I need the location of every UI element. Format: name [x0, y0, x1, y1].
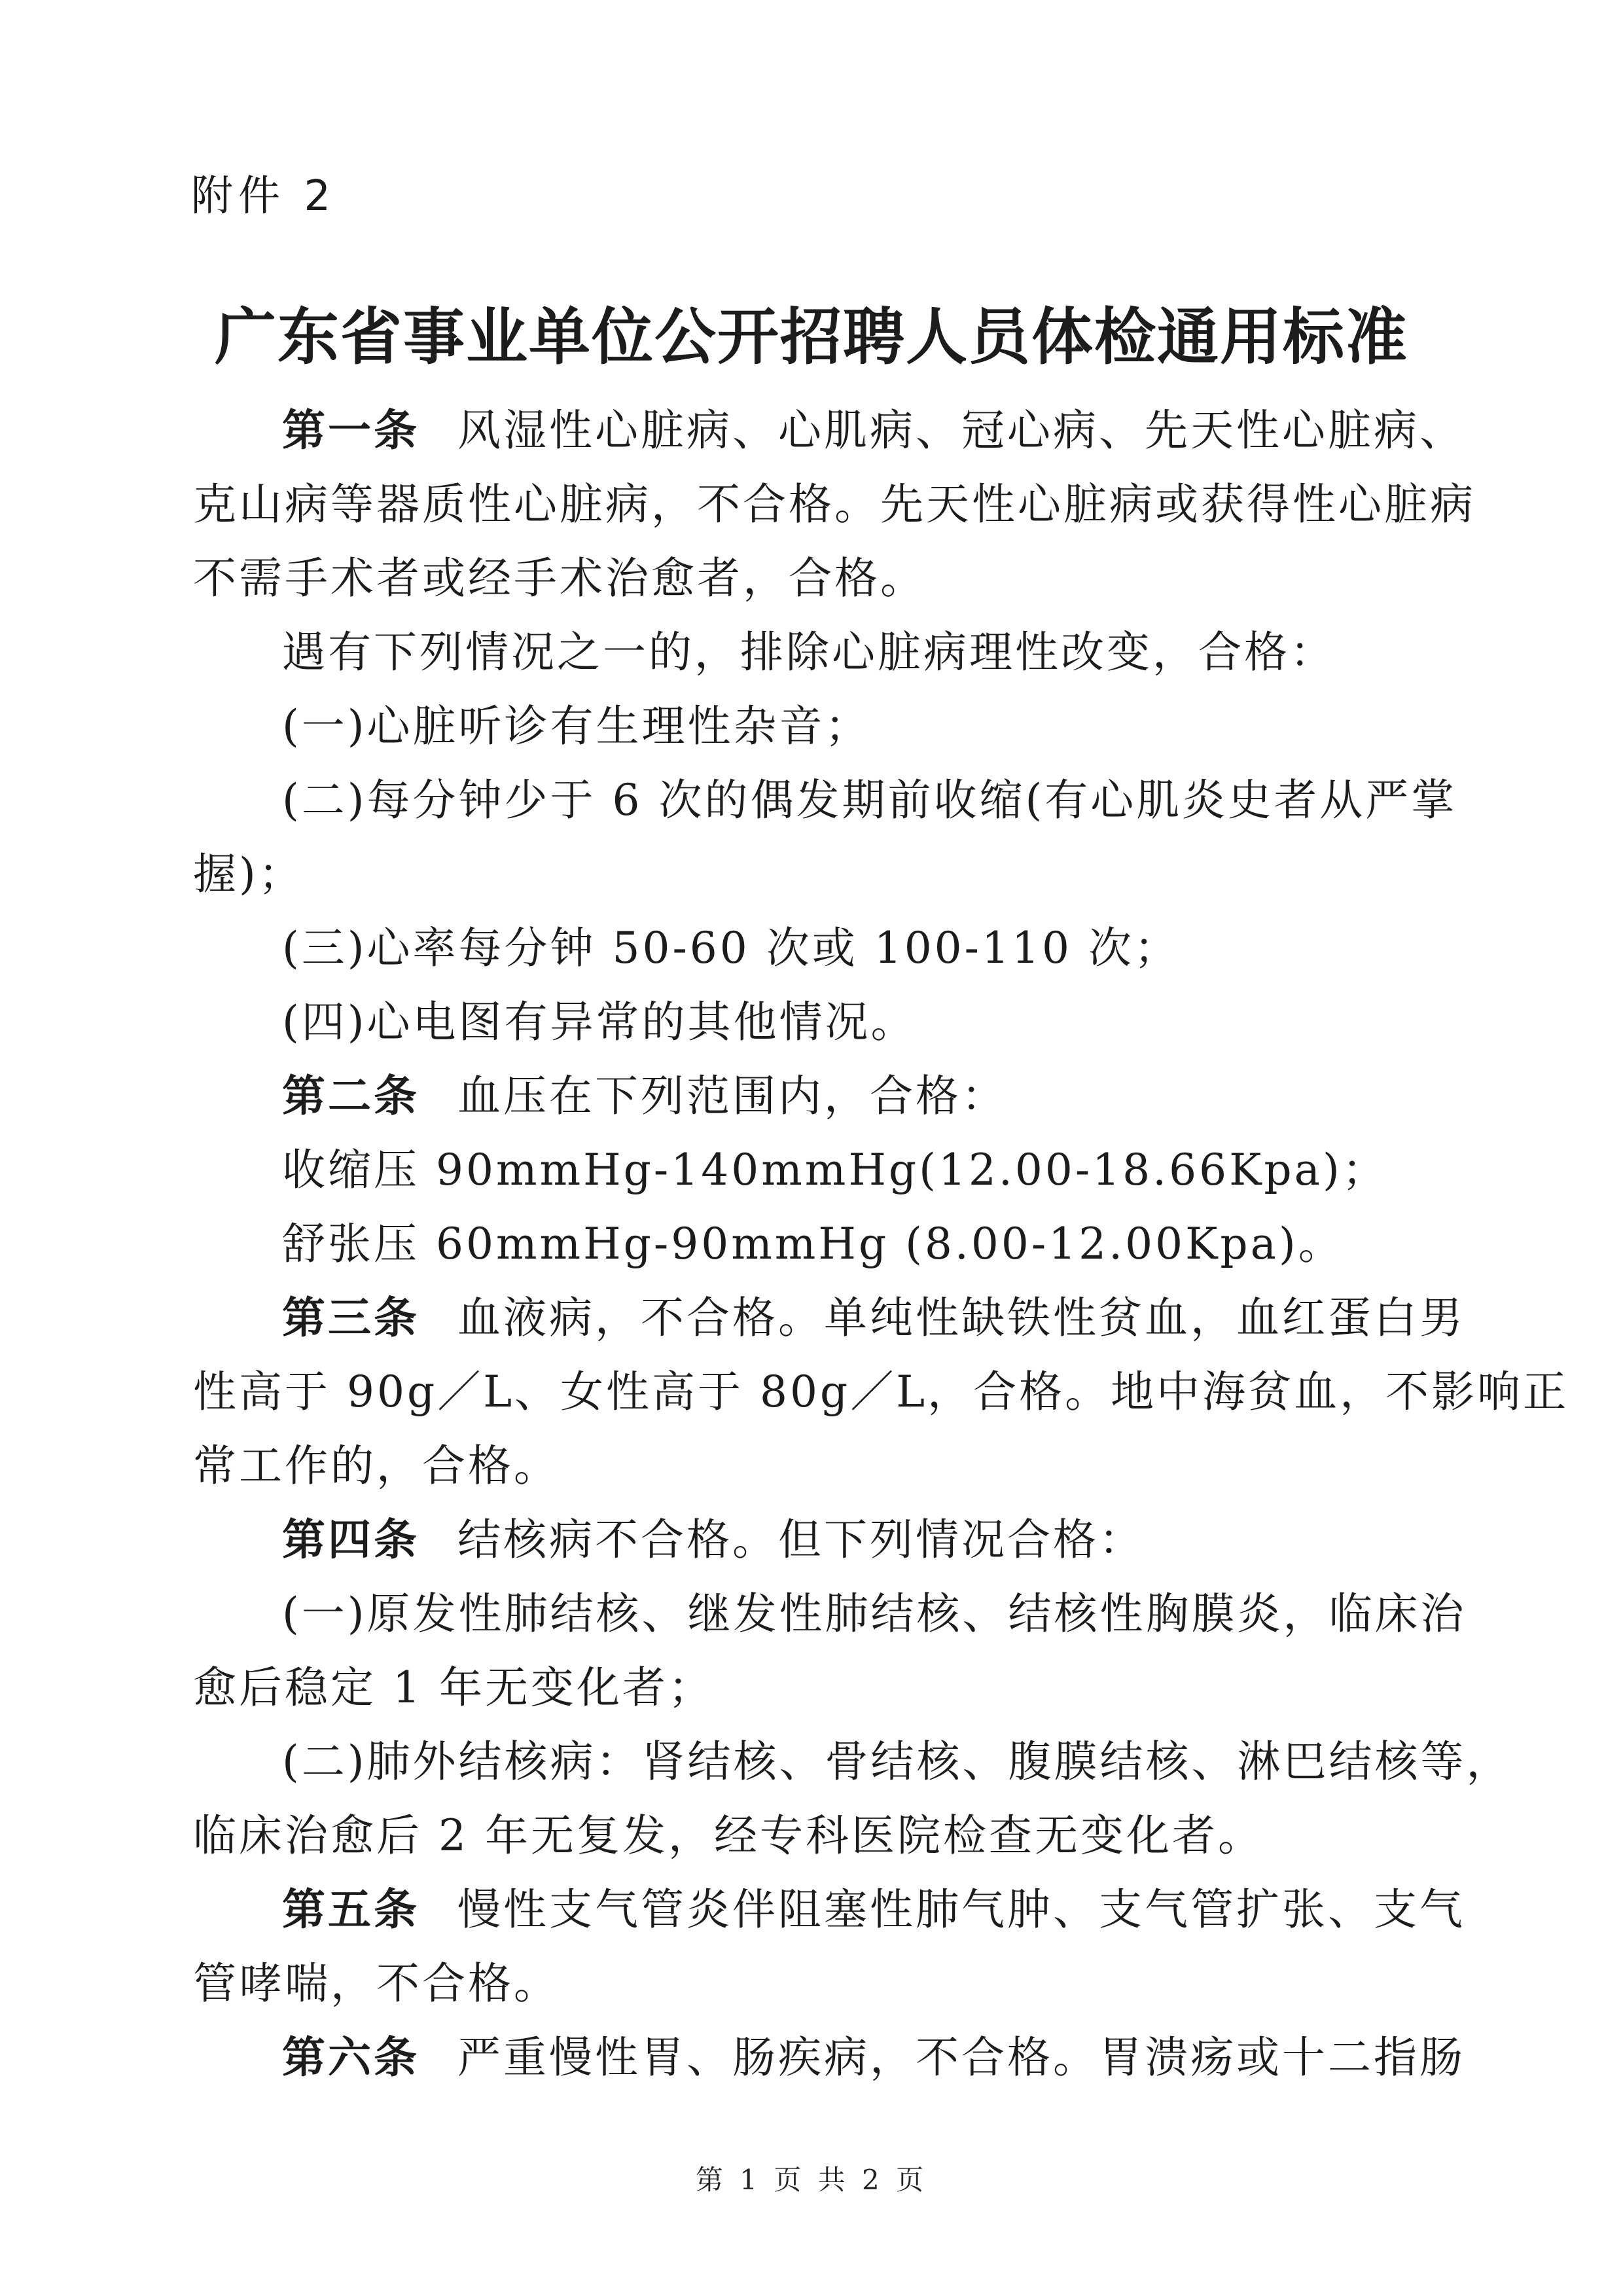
line-text: (二)肺外结核病：肾结核、骨结核、腹膜结核、淋巴结核等，	[282, 1736, 1512, 1787]
text-line: 第五条慢性支气管炎伴阻塞性肺气肿、支气管扩张、支气	[193, 1873, 1440, 1946]
text-line: 第三条血液病，不合格。单纯性缺铁性贫血，血红蛋白男	[193, 1281, 1440, 1355]
line-text: 收缩压 90mmHg-140mmHg(12.00-18.66Kpa)；	[282, 1145, 1388, 1195]
line-text: (一)心脏听诊有生理性杂音；	[282, 701, 871, 751]
text-line: 第四条结核病不合格。但下列情况合格：	[193, 1503, 1440, 1577]
text-line: 握)；	[193, 837, 1440, 911]
line-text: 血液病，不合格。单纯性缺铁性贫血，血红蛋白男	[457, 1293, 1465, 1343]
page-number-footer: 第 1 页 共 2 页	[0, 2159, 1623, 2198]
line-text: 握)；	[193, 849, 304, 899]
text-line: (二)肺外结核病：肾结核、骨结核、腹膜结核、淋巴结核等，	[193, 1725, 1440, 1799]
line-text: 舒张压 60mmHg-90mmHg (8.00-12.00Kpa)。	[282, 1219, 1344, 1269]
text-line: 常工作的，合格。	[193, 1429, 1440, 1503]
line-text: 风湿性心脏病、心肌病、冠心病、先天性心脏病、	[457, 405, 1465, 456]
text-line: 第六条严重慢性胃、肠疾病，不合格。胃溃疡或十二指肠	[193, 2020, 1440, 2094]
line-text: 结核病不合格。但下列情况合格：	[457, 1515, 1145, 1565]
line-text: 血压在下列范围内，合格：	[457, 1071, 1007, 1121]
text-line: (一)原发性肺结核、继发性肺结核、结核性胸膜炎，临床治	[193, 1577, 1440, 1651]
line-text: 不需手术者或经手术治愈者，合格。	[193, 553, 926, 603]
line-text: 遇有下列情况之一的，排除心脏病理性改变，合格：	[282, 627, 1336, 677]
line-text: (二)每分钟少于 6 次的偶发期前收缩(有心肌炎史者从严掌	[282, 775, 1457, 825]
line-text: 愈后稳定 1 年无变化者；	[193, 1662, 714, 1713]
article-number: 第六条	[282, 2032, 419, 2083]
line-text: 性高于 90g／L、女性高于 80g／L，合格。地中海贫血，不影响正	[193, 1367, 1569, 1417]
document-body: 第一条风湿性心脏病、心肌病、冠心病、先天性心脏病、 克山病等器质性心脏病，不合格…	[193, 393, 1440, 2094]
text-line: (一)心脏听诊有生理性杂音；	[193, 689, 1440, 763]
text-line: 愈后稳定 1 年无变化者；	[193, 1651, 1440, 1725]
text-line: 不需手术者或经手术治愈者，合格。	[193, 541, 1440, 615]
line-text: (三)心率每分钟 50-60 次或 100-110 次；	[282, 923, 1180, 973]
text-line: (四)心电图有异常的其他情况。	[193, 985, 1440, 1059]
article-number: 第四条	[282, 1515, 419, 1565]
page-title: 广东省事业单位公开招聘人员体检通用标准	[0, 287, 1623, 376]
text-line: (三)心率每分钟 50-60 次或 100-110 次；	[193, 911, 1440, 985]
text-line: 性高于 90g／L、女性高于 80g／L，合格。地中海贫血，不影响正	[193, 1355, 1440, 1429]
text-line: 收缩压 90mmHg-140mmHg(12.00-18.66Kpa)；	[193, 1133, 1440, 1207]
line-text: (四)心电图有异常的其他情况。	[282, 997, 917, 1047]
article-number: 第一条	[282, 405, 419, 456]
line-text: 常工作的，合格。	[193, 1441, 560, 1491]
line-text: 管哮喘，不合格。	[193, 1958, 560, 2009]
line-text: 克山病等器质性心脏病，不合格。先天性心脏病或获得性心脏病	[193, 479, 1476, 529]
line-text: 慢性支气管炎伴阻塞性肺气肿、支气管扩张、支气	[457, 1884, 1465, 1935]
article-number: 第五条	[282, 1884, 419, 1935]
line-text: 临床治愈后 2 年无复发，经专科医院检查无变化者。	[193, 1810, 1264, 1861]
document-page: 附件 2 广东省事业单位公开招聘人员体检通用标准 第一条风湿性心脏病、心肌病、冠…	[0, 0, 1623, 2296]
text-line: (二)每分钟少于 6 次的偶发期前收缩(有心肌炎史者从严掌	[193, 763, 1440, 837]
text-line: 临床治愈后 2 年无复发，经专科医院检查无变化者。	[193, 1799, 1440, 1873]
text-line: 舒张压 60mmHg-90mmHg (8.00-12.00Kpa)。	[193, 1207, 1440, 1281]
text-line: 第一条风湿性心脏病、心肌病、冠心病、先天性心脏病、	[193, 393, 1440, 467]
line-text: 严重慢性胃、肠疾病，不合格。胃溃疡或十二指肠	[457, 2032, 1465, 2083]
attachment-label: 附件 2	[191, 162, 336, 223]
article-number: 第二条	[282, 1071, 419, 1121]
text-line: 第二条血压在下列范围内，合格：	[193, 1059, 1440, 1133]
article-number: 第三条	[282, 1293, 419, 1343]
line-text: (一)原发性肺结核、继发性肺结核、结核性胸膜炎，临床治	[282, 1588, 1467, 1639]
text-line: 遇有下列情况之一的，排除心脏病理性改变，合格：	[193, 615, 1440, 689]
text-line: 管哮喘，不合格。	[193, 1946, 1440, 2020]
text-line: 克山病等器质性心脏病，不合格。先天性心脏病或获得性心脏病	[193, 467, 1440, 541]
